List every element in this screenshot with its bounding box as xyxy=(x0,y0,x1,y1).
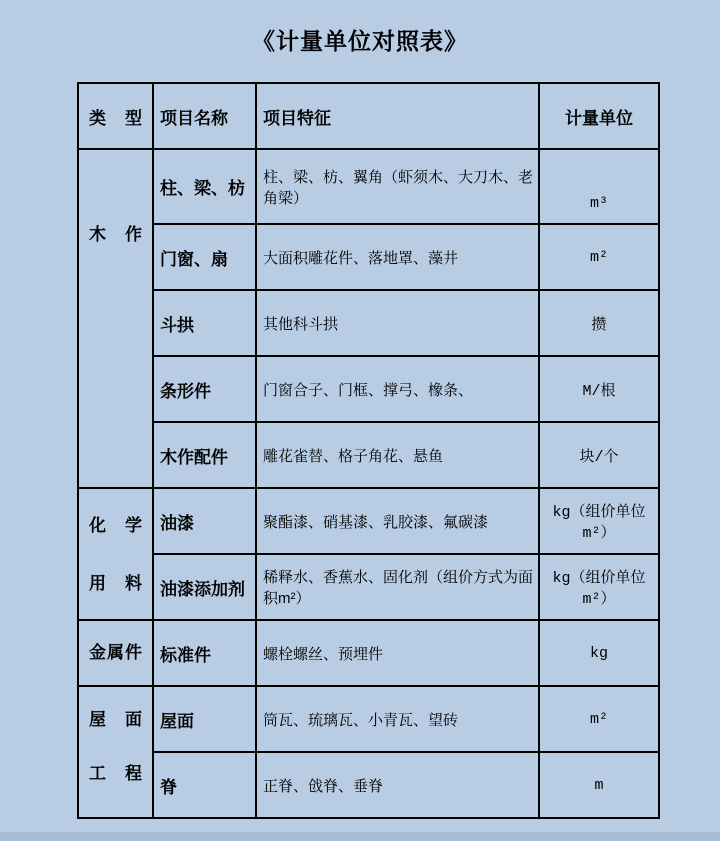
feature-cell: 门窗合子、门框、撑弓、橡条、 xyxy=(256,356,539,422)
group-label-roof-line1: 屋 面 xyxy=(89,709,142,731)
header-row: 类 型 项目名称 项目特征 计量单位 xyxy=(78,83,659,149)
table-row: 木 作 柱、梁、枋 柱、梁、枋、翼角（虾须木、大刀木、老角梁） m³ xyxy=(78,149,659,224)
unit-cell: m xyxy=(539,752,659,818)
header-name: 项目名称 xyxy=(153,83,256,149)
table-row: 门窗、扇 大面积雕花件、落地罩、藻井 m² xyxy=(78,224,659,290)
unit-cell: kg xyxy=(539,620,659,686)
feature-cell: 螺栓螺丝、预埋件 xyxy=(256,620,539,686)
group-cell-metal-parts: 金属件 xyxy=(78,620,153,686)
name-cell: 柱、梁、枋 xyxy=(153,149,256,224)
unit-cell: kg（组价单位m²） xyxy=(539,488,659,554)
unit-cell: m² xyxy=(539,686,659,752)
name-cell: 条形件 xyxy=(153,356,256,422)
name-cell: 脊 xyxy=(153,752,256,818)
table-row: 化 学 用 料 油漆 聚酯漆、硝基漆、乳胶漆、氟碳漆 kg（组价单位m²） xyxy=(78,488,659,554)
table-row: 木作配件 雕花雀替、格子角花、悬鱼 块/个 xyxy=(78,422,659,488)
feature-cell: 其他科斗拱 xyxy=(256,290,539,356)
feature-cell: 聚酯漆、硝基漆、乳胶漆、氟碳漆 xyxy=(256,488,539,554)
group-label-chemical-line1: 化 学 xyxy=(89,515,142,537)
table-row: 斗拱 其他科斗拱 攒 xyxy=(78,290,659,356)
name-cell: 标准件 xyxy=(153,620,256,686)
unit-cell: M/根 xyxy=(539,356,659,422)
name-cell: 斗拱 xyxy=(153,290,256,356)
group-label-chemical-line2: 用 料 xyxy=(89,573,142,595)
table-row: 条形件 门窗合子、门框、撑弓、橡条、 M/根 xyxy=(78,356,659,422)
feature-cell: 正脊、戗脊、垂脊 xyxy=(256,752,539,818)
feature-cell: 雕花雀替、格子角花、悬鱼 xyxy=(256,422,539,488)
name-cell: 油漆添加剂 xyxy=(153,554,256,620)
group-label-woodwork: 木 作 xyxy=(89,224,142,246)
bottom-edge-strip xyxy=(0,832,720,841)
feature-cell: 稀释水、香蕉水、固化剂（组价方式为面积m²） xyxy=(256,554,539,620)
page-title: 《计量单位对照表》 xyxy=(0,0,720,56)
table-row: 金属件 标准件 螺栓螺丝、预埋件 kg xyxy=(78,620,659,686)
header-unit: 计量单位 xyxy=(539,83,659,149)
unit-cell: 块/个 xyxy=(539,422,659,488)
group-label-metal: 金属件 xyxy=(89,642,142,664)
group-cell-chemical-materials: 化 学 用 料 xyxy=(78,488,153,620)
measurement-unit-table: 类 型 项目名称 项目特征 计量单位 木 作 柱、梁、枋 柱、梁、枋、翼角（虾须… xyxy=(77,82,660,819)
feature-cell: 大面积雕花件、落地罩、藻井 xyxy=(256,224,539,290)
header-type: 类 型 xyxy=(78,83,153,149)
table-row: 油漆添加剂 稀释水、香蕉水、固化剂（组价方式为面积m²） kg（组价单位m²） xyxy=(78,554,659,620)
name-cell: 屋面 xyxy=(153,686,256,752)
unit-cell: m³ xyxy=(539,149,659,224)
group-label-roof-line2: 工 程 xyxy=(89,763,142,785)
group-cell-woodwork: 木 作 xyxy=(78,149,153,488)
header-feature: 项目特征 xyxy=(256,83,539,149)
feature-cell: 柱、梁、枋、翼角（虾须木、大刀木、老角梁） xyxy=(256,149,539,224)
name-cell: 木作配件 xyxy=(153,422,256,488)
table-row: 屋 面 工 程 屋面 筒瓦、琉璃瓦、小青瓦、望砖 m² xyxy=(78,686,659,752)
table-row: 脊 正脊、戗脊、垂脊 m xyxy=(78,752,659,818)
unit-cell: kg（组价单位m²） xyxy=(539,554,659,620)
name-cell: 门窗、扇 xyxy=(153,224,256,290)
unit-cell: 攒 xyxy=(539,290,659,356)
name-cell: 油漆 xyxy=(153,488,256,554)
feature-cell: 筒瓦、琉璃瓦、小青瓦、望砖 xyxy=(256,686,539,752)
group-cell-roof-works: 屋 面 工 程 xyxy=(78,686,153,818)
unit-cell: m² xyxy=(539,224,659,290)
